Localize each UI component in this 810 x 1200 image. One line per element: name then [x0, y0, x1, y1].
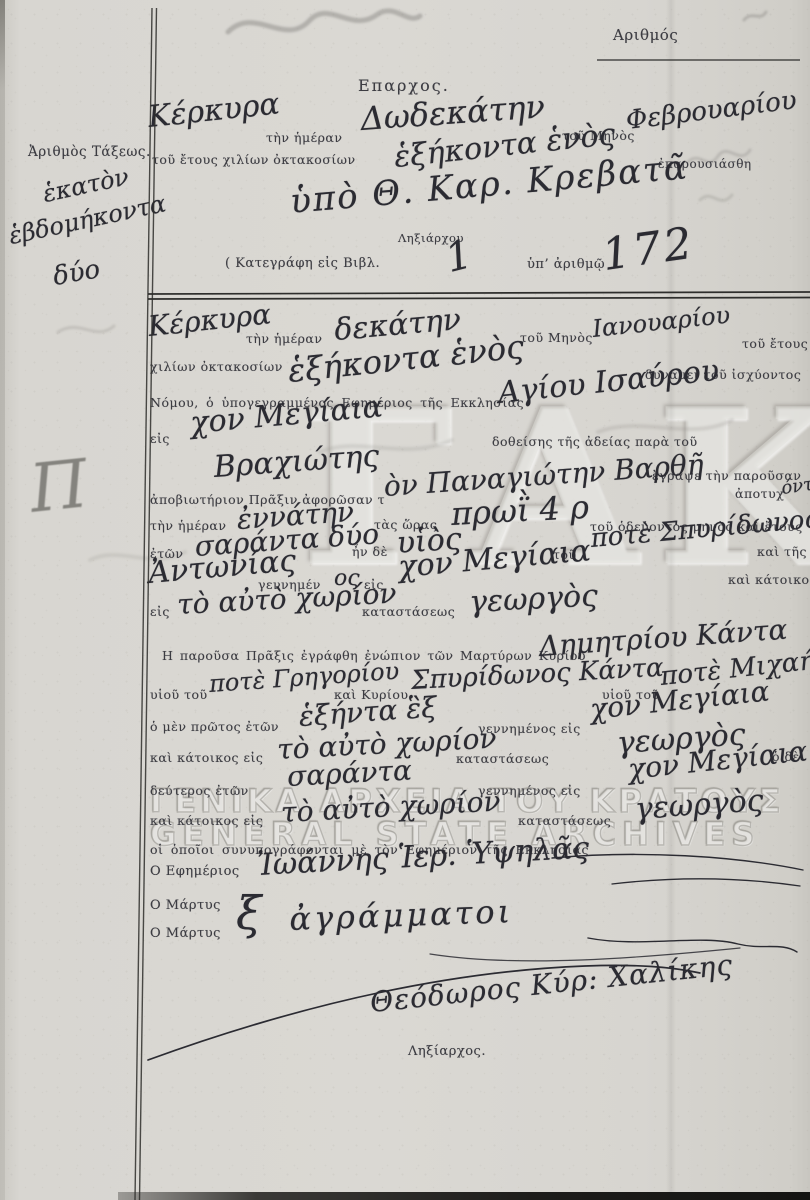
- printed-act-1800: χιλίων ὀκτακοσίων: [150, 359, 283, 374]
- hw-top-place: Κέρκυρα: [146, 86, 281, 135]
- hw-permission-authority: Βραχιώτης: [213, 439, 381, 485]
- printed-recorded-in-book: ( Κατεγράφη εἰς Βιβλ.: [225, 256, 380, 271]
- printed-and-resident: καὶ κάτοικος: [728, 572, 810, 587]
- hw-book-number: 1: [441, 231, 477, 282]
- hw-occupation: γεωργὸς: [468, 578, 599, 620]
- hw-registrar-signature: Θεόδωρος Κύρ: Χαλίκης: [369, 948, 735, 1019]
- pencil-margin-mark: Π: [26, 445, 91, 528]
- witness-signature-label-2: Ο Μάρτυς: [150, 926, 221, 941]
- printed-under-number: ὑπ’ ἀριθμῷ: [527, 257, 605, 272]
- printed-second-aged: δεύτερος ἐτῶν: [150, 783, 249, 798]
- printed-and-of-the: καὶ τῆς: [757, 544, 807, 559]
- printed-resident-at: εἰς: [150, 604, 170, 619]
- number-label: Αριθμός: [613, 26, 678, 44]
- scan-bottom-edge: [118, 1192, 810, 1200]
- document-text-layer: Αριθμός Επαρχος. Κέρκυρα τὴν ἡμέραν Δωδε…: [0, 0, 810, 1200]
- printed-first-aged: ὁ μὲν πρῶτος ἐτῶν: [150, 719, 279, 734]
- hw-record-number: 172: [599, 218, 698, 281]
- printed-resident-at-2: καὶ κάτοικος εἰς: [150, 813, 263, 828]
- printed-permission-granted-by: δοθείσης τῆς ἀδείας παρὰ τοῦ: [492, 434, 698, 449]
- hw-church-name: Αγίου Ισαύρου: [496, 353, 720, 411]
- scan-left-edge: [0, 0, 5, 1200]
- priest-signature-label: Ο Εφημέριος: [150, 864, 240, 879]
- hw-priest-signature: Ἰωάννης Ἱερ. Ὑψηλᾶς: [256, 831, 590, 883]
- printed-son-of-1: υἱοῦ τοῦ: [150, 687, 208, 702]
- hw-witness-brace: ξ: [236, 886, 261, 940]
- hw-top-month: Φεβρουαρίου: [624, 85, 798, 136]
- printed-deceased-stem: ἀποτυχ: [735, 486, 784, 501]
- registrar-signature-label: Ληξίαρχος.: [408, 1044, 486, 1059]
- hw-order-two: δύο: [51, 254, 103, 292]
- printed-of-condition: καταστάσεως: [362, 604, 455, 619]
- eparchos-title: Επαρχος.: [358, 76, 450, 95]
- hw-act-month: Ιανουαρίου: [591, 301, 731, 343]
- hw-witness2-age: σαράντα: [286, 754, 412, 793]
- hw-witnesses-illiterate-note: ἀγράμματοι: [289, 892, 514, 938]
- order-number-label: Ἀριθμὸς Τάξεως.: [28, 144, 151, 160]
- printed-condition-1: καταστάσεως: [456, 751, 549, 766]
- printed-he-was: ἦν δὲ: [352, 544, 388, 559]
- printed-act-the-day: τὴν ἡμέραν: [246, 331, 322, 346]
- printed-act-of-month: τοῦ Μηνὸς: [520, 330, 593, 345]
- printed-year-1800: τοῦ ἔτους χιλίων ὀκτακοσίων: [152, 152, 356, 167]
- printed-act-of-year: τοῦ ἔτους: [742, 336, 808, 351]
- printed-resident-at-1: καὶ κάτοικος εἰς: [150, 750, 263, 765]
- hw-death-hour: πρωῒ 4 ρ: [450, 488, 590, 533]
- printed-the-day: τὴν ἡμέραν: [266, 130, 342, 145]
- archival-document-scan: ΓΑΚ ΓΕΝΙΚΑ ΑΡΧΕΙΑ ΤΟΥ ΚΡΑΤΟΥΣ GENERAL ST…: [0, 0, 810, 1200]
- printed-condition-2: καταστάσεως: [518, 813, 611, 828]
- hw-witness2-occupation: γεωργὸς: [634, 783, 765, 827]
- printed-at: εἰς: [150, 431, 170, 446]
- witness-signature-label-1: Ο Μάρτυς: [150, 898, 221, 913]
